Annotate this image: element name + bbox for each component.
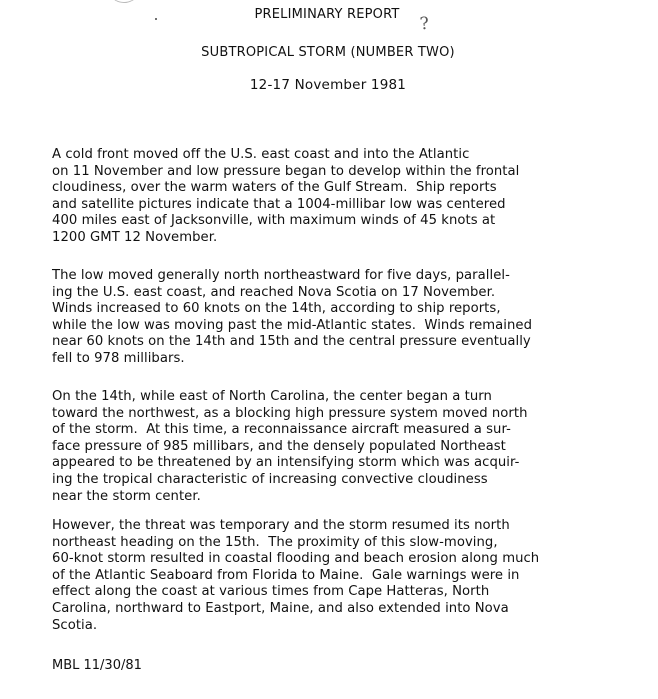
text-line: of the Atlantic Seaboard from Florida to…	[52, 568, 658, 585]
text-line: 400 miles east of Jacksonville, with max…	[52, 213, 658, 230]
text-line: fell to 978 millibars.	[52, 351, 658, 368]
text-line: Scotia.	[52, 618, 658, 635]
text-line: On the 14th, while east of North Carolin…	[52, 389, 658, 406]
scan-artifact-mark	[112, 0, 136, 3]
text-line: toward the northwest, as a blocking high…	[52, 406, 658, 423]
paragraph-track: The low moved generally north northeastw…	[52, 268, 658, 368]
text-line: ing the tropical characteristic of incre…	[52, 472, 658, 489]
text-line: ing the U.S. east coast, and reached Nov…	[52, 285, 658, 302]
paragraph-formation: A cold front moved off the U.S. east coa…	[52, 147, 658, 247]
document-page: PRELIMINARY REPORT ? SUBTROPICAL STORM (…	[0, 0, 658, 699]
text-line: cloudiness, over the warm waters of the …	[52, 180, 658, 197]
text-line: on 11 November and low pressure began to…	[52, 164, 658, 181]
text-line: Carolina, northward to Eastport, Maine, …	[52, 601, 658, 618]
text-line: Winds increased to 60 knots on the 14th,…	[52, 301, 658, 318]
text-line: However, the threat was temporary and th…	[52, 518, 658, 535]
handwritten-question-mark: ?	[419, 14, 430, 35]
report-type-heading: PRELIMINARY REPORT	[0, 7, 656, 22]
text-line: face pressure of 985 millibars, and the …	[52, 439, 658, 456]
paragraph-impacts: However, the threat was temporary and th…	[52, 518, 658, 634]
text-line: and satellite pictures indicate that a 1…	[52, 197, 658, 214]
paragraph-turn: On the 14th, while east of North Carolin…	[52, 389, 658, 505]
author-signature-date: MBL 11/30/81	[52, 658, 142, 673]
text-line: The low moved generally north northeastw…	[52, 268, 658, 285]
text-line: near the storm center.	[52, 489, 658, 506]
storm-name-heading: SUBTROPICAL STORM (NUMBER TWO)	[0, 45, 657, 60]
text-line: while the low was moving past the mid-At…	[52, 318, 658, 335]
text-line: 60-knot storm resulted in coastal floodi…	[52, 551, 658, 568]
text-line: effect along the coast at various times …	[52, 584, 658, 601]
text-line: northeast heading on the 15th. The proxi…	[52, 535, 658, 552]
text-line: near 60 knots on the 14th and 15th and t…	[52, 334, 658, 351]
text-line: A cold front moved off the U.S. east coa…	[52, 147, 658, 164]
text-line: 1200 GMT 12 November.	[52, 230, 658, 247]
text-line: of the storm. At this time, a reconnaiss…	[52, 422, 658, 439]
text-line: appeared to be threatened by an intensif…	[52, 455, 658, 472]
date-range-heading: 12-17 November 1981	[0, 77, 657, 93]
